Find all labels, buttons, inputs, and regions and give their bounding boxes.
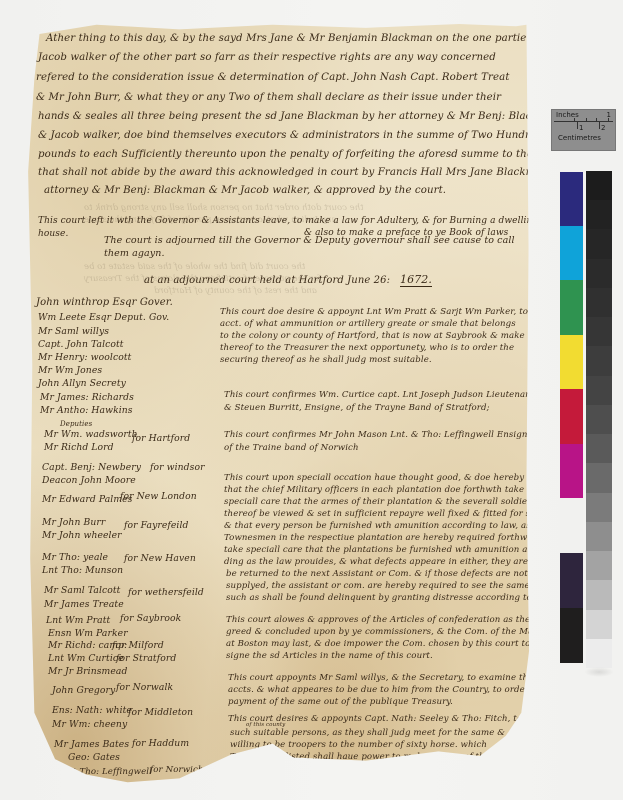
attendee-town: for windsor [150, 462, 205, 473]
attendee-town: for Middleton [128, 707, 193, 718]
attendee-town: for Saybrook [120, 613, 181, 624]
attendee-name: Ens: Nath: white [52, 705, 132, 716]
text-line: signe the sd Articles in the name of thi… [226, 651, 433, 661]
scale-tick [599, 121, 600, 129]
session-heading-text: at an adjourned court held at Hartford J… [144, 275, 390, 286]
gray-step [586, 200, 612, 229]
attendee-town: for Hartford [132, 433, 190, 444]
attendee-name: Mr James Bates [54, 739, 129, 750]
swatch-yellow [560, 335, 583, 389]
attendee-town: for Norwalk [116, 682, 173, 693]
text-line: that shall not abide by the award this a… [38, 167, 556, 178]
text-line: ding as the law prouides, & what defects… [224, 557, 540, 567]
attendee-name: Mr Henry: woolcott [38, 352, 131, 363]
text-line: This court alowes & approves of the Arti… [226, 615, 564, 625]
attendee-name: Wm Leete Esqr Deput. Gov. [38, 312, 169, 323]
text-line: & Jacob walker, doe bind themselves exec… [38, 130, 543, 141]
attendee-name: John winthrop Esqr Gover. [36, 297, 173, 308]
text-line: hands & seales all three being present t… [38, 111, 560, 122]
text-line: them agayn. [104, 248, 165, 259]
attendee-name: Ensn Wm Parker [48, 628, 128, 639]
attendee-name: Mr Richd Lord [44, 442, 114, 453]
scale-line [554, 121, 613, 122]
text-line: & Mr John Burr, & what they or any Two o… [36, 92, 501, 103]
attendee-name: Mr Wm. wadsworth [44, 429, 138, 440]
text-line: thereof be viewed & set in sufficient re… [224, 509, 561, 519]
text-line: of the Traine band of Norwich [224, 443, 359, 453]
attendee-name: Mr Saml willys [38, 326, 109, 337]
gray-step [586, 171, 612, 200]
attendee-name: John Gregory [52, 685, 115, 696]
swatch-red [560, 389, 583, 444]
cm-mark: 1 [579, 124, 583, 132]
text-line: Townesmen in the respectiue plantation a… [224, 533, 551, 543]
text-line: This court desires & appoynts Capt. Nath… [228, 714, 539, 724]
attendee-name: Mr John wheeler [42, 530, 122, 541]
text-line: thereof to the Treasurer the next opport… [220, 343, 514, 353]
text-line: attorney & Mr Benj: Blackman & Mr Jacob … [44, 185, 446, 196]
swatch-black [560, 608, 583, 663]
swatch-magenta [560, 444, 583, 498]
swatch-green [560, 280, 583, 335]
text-line: acct. of what ammunition or artillery gr… [220, 319, 516, 329]
swatch-blue [560, 172, 583, 226]
text-line: Ather thing to this day, & by the sayd M… [46, 33, 558, 44]
attendee-town: for Stratford [116, 653, 176, 664]
attendee-town: for wethersfeild [128, 587, 204, 598]
attendee-name: Mr James Treate [44, 599, 124, 610]
text-line: & that every person be furnished wth amu… [224, 521, 569, 531]
inches-label: Inches [556, 111, 579, 119]
attendee-name: Lnt Wm Pratt [46, 615, 110, 626]
attendee-name: Capt. John Talcott [38, 339, 124, 350]
attendee-name: Mr Edward Palmes [42, 494, 133, 505]
grayscale-strip [586, 171, 612, 668]
attendee-name: Mr Jr Brinsmead [48, 666, 127, 677]
attendee-name: Mr John Burr [42, 517, 105, 528]
attendee-name: Mr Wm Jones [38, 365, 102, 376]
attendee-name: Mr Wm: cheeny [52, 719, 127, 730]
swatch-cyan [560, 226, 583, 280]
gray-step [586, 376, 612, 405]
gray-step [586, 346, 612, 375]
text-line: This court confirmes Mr John Mason Lnt. … [224, 430, 533, 440]
swatch-dark-purple [560, 553, 583, 608]
gray-step [586, 405, 612, 434]
cm-mark: 2 [601, 124, 605, 132]
manuscript-page: the court doth order that no person shal… [24, 17, 542, 790]
gray-step [586, 434, 612, 463]
gray-step [586, 493, 612, 522]
text-line: at Boston may last, & doe impower the Co… [226, 639, 530, 649]
target-shadow [584, 667, 614, 677]
gray-step [586, 580, 612, 609]
gray-step [586, 317, 612, 346]
text-line: speciall care that the armes of their pl… [224, 497, 536, 507]
gray-step [586, 463, 612, 492]
scale-tick [586, 118, 587, 122]
text-line: to the colony or county of Hartford, tha… [220, 331, 556, 341]
attendee-town: for Haddum [132, 738, 189, 749]
measurement-scale: Inches 1 1 2 Centimetres [551, 109, 616, 151]
attendee-town: for Fayrefeild [124, 520, 189, 531]
text-line: refered to the consideration issue & det… [36, 72, 510, 83]
text-line: This court confirmes Wm. Curtice capt. L… [224, 390, 534, 400]
scale-tick [596, 118, 597, 122]
swatch-white [560, 498, 583, 553]
gray-step [586, 259, 612, 288]
attendee-town: for New London [120, 491, 197, 502]
gray-step [586, 639, 612, 668]
text-line: This court doe desire & appoynt Lnt Wm P… [220, 307, 564, 317]
centimetres-label: Centimetres [558, 134, 601, 142]
attendee-name: Lnt Tho: Munson [42, 565, 123, 576]
deputies-label: Deputies [60, 420, 92, 428]
gray-step [586, 610, 612, 639]
text-line: Jacob walker of the other part so farr a… [38, 52, 496, 63]
attendee-name: Mr James: Richards [40, 392, 134, 403]
attendee-name: Deacon John Moore [42, 475, 136, 486]
text-line: accts. & what appeares to be due to him … [228, 685, 546, 695]
scale-tick [577, 121, 578, 129]
gray-step [586, 288, 612, 317]
gray-step [586, 522, 612, 551]
attendee-name: Capt. Benj: Newbery [42, 462, 141, 473]
attendee-name: John Allyn Secrety [38, 378, 126, 389]
color-target-swatches [560, 172, 583, 663]
attendee-name: Lnt Wm Curtice [48, 653, 124, 664]
text-line: securing thereof as he shall judg most s… [220, 355, 432, 365]
text-line: such as shall be found delinquent by gra… [226, 593, 549, 603]
attendee-name: Mr Antho: Hawkins [40, 405, 133, 416]
text-line: The court is adjourned till the Governor… [104, 235, 515, 246]
text-line: take speciall care that the plantations … [224, 545, 550, 555]
scale-tick [574, 118, 575, 122]
text-line: This court left it wth the Governor & As… [38, 216, 538, 226]
text-line: be returned to the next Assistant or Com… [226, 569, 567, 579]
attendee-name: Mr Tho: yeale [42, 552, 108, 563]
text-line: This court upon speciall occation haue t… [224, 473, 552, 483]
attendee-town: for Milford [112, 640, 164, 651]
text-line: payment of the same out of the publique … [228, 697, 453, 707]
attendee-name: Geo: Gates [68, 752, 120, 763]
gray-step [586, 551, 612, 580]
gray-step [586, 229, 612, 258]
text-line: pounds to each Sufficiently thereunto up… [38, 149, 568, 160]
text-line: that the chief Military officers in each… [224, 485, 524, 495]
session-year: 1672. [400, 273, 432, 287]
scale-tick [608, 118, 609, 122]
text-line: & Steuen Burritt, Ensigne, of the Trayne… [224, 403, 490, 413]
attendee-name: Mr Saml Talcott [44, 585, 120, 596]
text-line: such suitable persons, as they shall jud… [230, 728, 522, 738]
attendee-town: for New Haven [124, 553, 196, 564]
text-line: house. [38, 229, 68, 239]
